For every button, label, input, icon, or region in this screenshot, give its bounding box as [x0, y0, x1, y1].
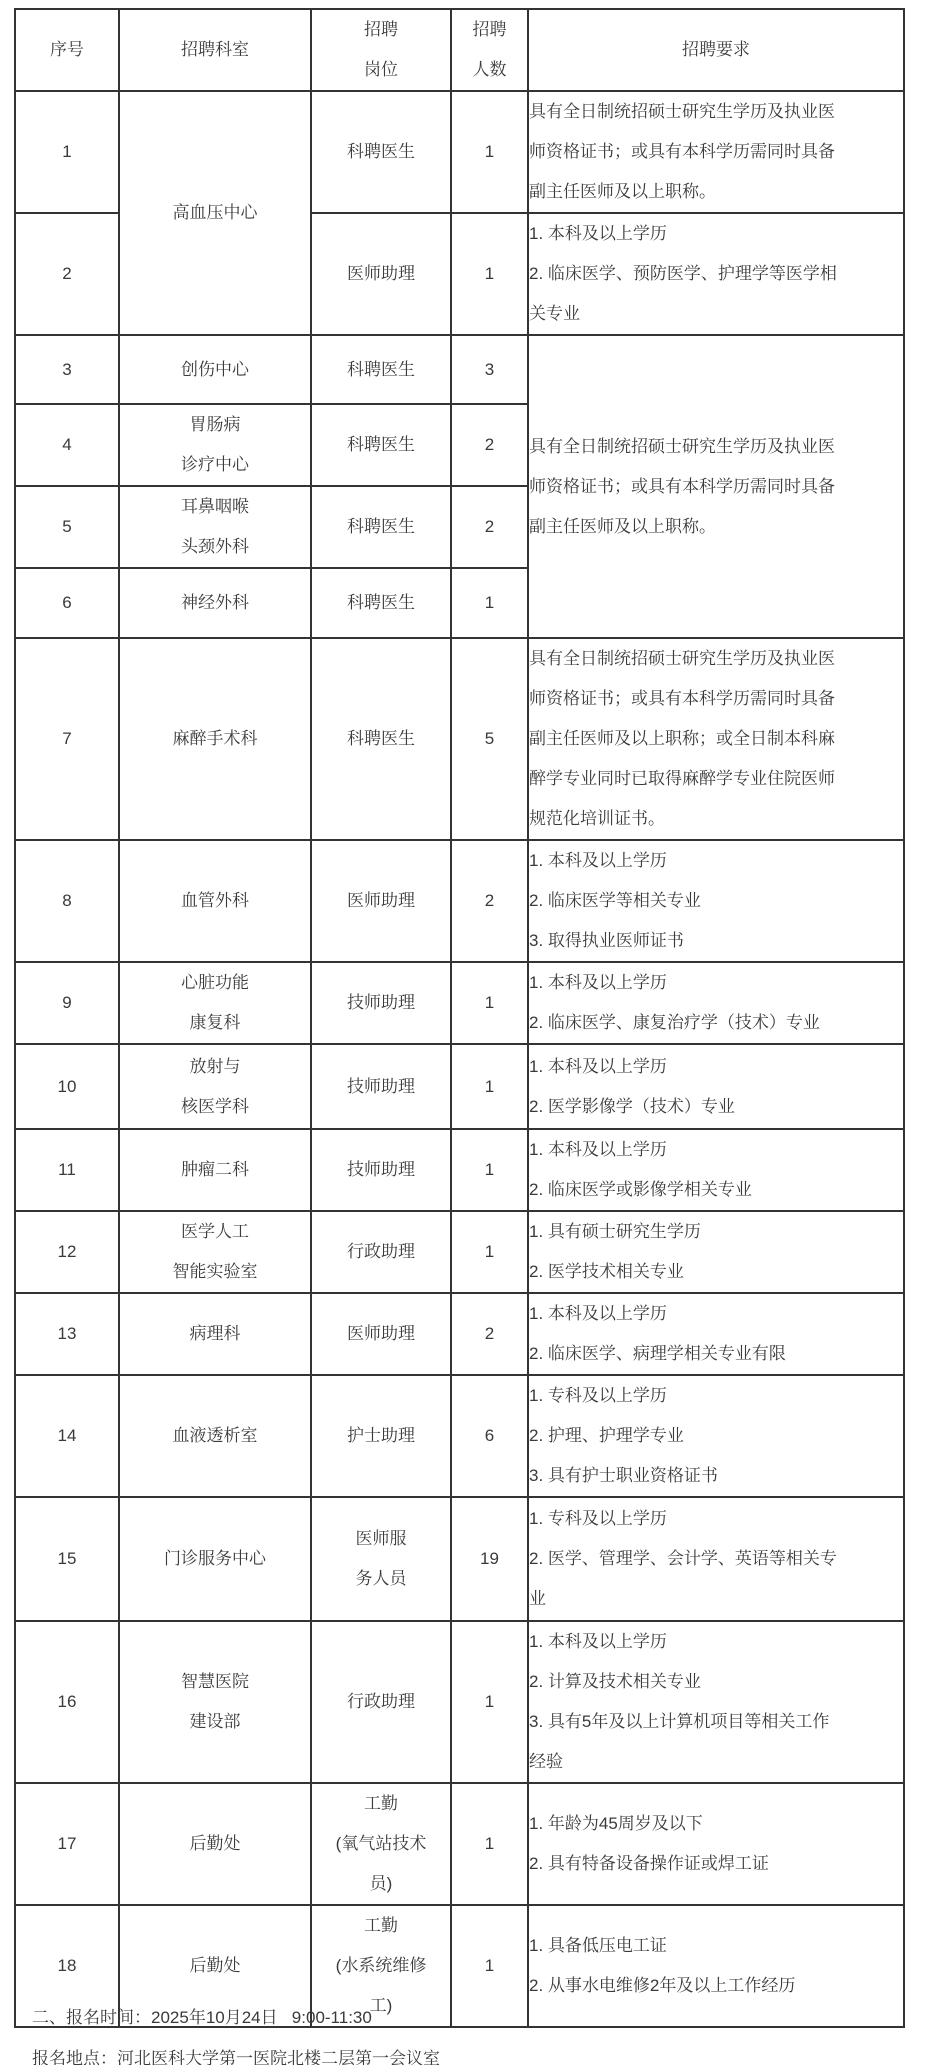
cell-req: 1. 本科及以上学历 2. 医学影像学（技术）专业 [528, 1044, 904, 1129]
cell-no: 10 [15, 1044, 119, 1129]
cell-count: 1 [451, 1129, 528, 1211]
cell-count: 1 [451, 1211, 528, 1293]
cell-no: 3 [15, 335, 119, 404]
cell-count: 1 [451, 1621, 528, 1783]
cell-dept: 智慧医院 建设部 [119, 1621, 311, 1783]
cell-post: 技师助理 [311, 1044, 451, 1129]
header-post: 招聘 岗位 [311, 9, 451, 91]
table-row: 8血管外科医师助理21. 本科及以上学历 2. 临床医学等相关专业 3. 取得执… [15, 840, 904, 962]
table-row: 12医学人工 智能实验室行政助理11. 具有硕士研究生学历 2. 医学技术相关专… [15, 1211, 904, 1293]
signup-location-line: 报名地点：河北医科大学第一医院北楼二层第一会议室 [32, 2049, 440, 2065]
cell-dept: 肿瘤二科 [119, 1129, 311, 1211]
cell-no: 14 [15, 1375, 119, 1497]
cell-count: 1 [451, 1044, 528, 1129]
table-row: 17后勤处工勤 (氧气站技术 员)11. 年龄为45周岁及以下 2. 具有特备设… [15, 1783, 904, 1905]
cell-post: 科聘医生 [311, 335, 451, 404]
cell-req: 1. 专科及以上学历 2. 医学、管理学、会计学、英语等相关专 业 [528, 1497, 904, 1621]
cell-req: 1. 本科及以上学历 2. 临床医学或影像学相关专业 [528, 1129, 904, 1211]
cell-post: 科聘医生 [311, 91, 451, 213]
cell-post: 医师助理 [311, 1293, 451, 1375]
cell-count: 2 [451, 840, 528, 962]
cell-count: 2 [451, 1293, 528, 1375]
cell-no: 12 [15, 1211, 119, 1293]
cell-req: 1. 本科及以上学历 2. 临床医学、康复治疗学（技术）专业 [528, 962, 904, 1044]
cell-count: 1 [451, 1905, 528, 2027]
cell-count: 1 [451, 91, 528, 213]
cell-count: 6 [451, 1375, 528, 1497]
cell-count: 1 [451, 213, 528, 335]
cell-post: 医师助理 [311, 840, 451, 962]
cell-dept: 放射与 核医学科 [119, 1044, 311, 1129]
cell-count: 5 [451, 638, 528, 840]
cell-post: 行政助理 [311, 1211, 451, 1293]
cell-dept: 耳鼻咽喉 头颈外科 [119, 486, 311, 568]
cell-dept: 高血压中心 [119, 91, 311, 335]
header-row: 序号 招聘科室 招聘 岗位 招聘 人数 招聘要求 [15, 9, 904, 91]
cell-req: 1. 具有硕士研究生学历 2. 医学技术相关专业 [528, 1211, 904, 1293]
cell-req: 1. 本科及以上学历 2. 临床医学等相关专业 3. 取得执业医师证书 [528, 840, 904, 962]
cell-no: 6 [15, 568, 119, 638]
header-no: 序号 [15, 9, 119, 91]
cell-no: 4 [15, 404, 119, 486]
cell-dept: 神经外科 [119, 568, 311, 638]
cell-no: 1 [15, 91, 119, 213]
header-req: 招聘要求 [528, 9, 904, 91]
cell-post: 技师助理 [311, 1129, 451, 1211]
cell-count: 1 [451, 962, 528, 1044]
cell-req: 具有全日制统招硕士研究生学历及执业医 师资格证书；或具有本科学历需同时具备 副主… [528, 91, 904, 213]
table-row: 16智慧医院 建设部行政助理11. 本科及以上学历 2. 计算及技术相关专业 3… [15, 1621, 904, 1783]
table-row: 14血液透析室护士助理61. 专科及以上学历 2. 护理、护理学专业 3. 具有… [15, 1375, 904, 1497]
cell-no: 5 [15, 486, 119, 568]
cell-dept: 心脏功能 康复科 [119, 962, 311, 1044]
header-dept: 招聘科室 [119, 9, 311, 91]
cell-req: 1. 本科及以上学历 2. 临床医学、预防医学、护理学等医学相 关专业 [528, 213, 904, 335]
cell-post: 医师助理 [311, 213, 451, 335]
cell-post: 护士助理 [311, 1375, 451, 1497]
recruitment-table: 序号 招聘科室 招聘 岗位 招聘 人数 招聘要求 1高血压中心科聘医生1具有全日… [14, 8, 905, 2028]
header-count: 招聘 人数 [451, 9, 528, 91]
cell-req: 具有全日制统招硕士研究生学历及执业医 师资格证书；或具有本科学历需同时具备 副主… [528, 335, 904, 638]
cell-post: 科聘医生 [311, 638, 451, 840]
cell-req: 1. 本科及以上学历 2. 临床医学、病理学相关专业有限 [528, 1293, 904, 1375]
cell-req: 1. 年龄为45周岁及以下 2. 具有特备设备操作证或焊工证 [528, 1783, 904, 1905]
cell-req: 具有全日制统招硕士研究生学历及执业医 师资格证书；或具有本科学历需同时具备 副主… [528, 638, 904, 840]
cell-post: 医师服 务人员 [311, 1497, 451, 1621]
cell-dept: 后勤处 [119, 1783, 311, 1905]
cell-post: 工勤 (氧气站技术 员) [311, 1783, 451, 1905]
table-row: 11肿瘤二科技师助理11. 本科及以上学历 2. 临床医学或影像学相关专业 [15, 1129, 904, 1211]
table-body: 1高血压中心科聘医生1具有全日制统招硕士研究生学历及执业医 师资格证书；或具有本… [15, 91, 904, 2027]
table-row: 7麻醉手术科科聘医生5具有全日制统招硕士研究生学历及执业医 师资格证书；或具有本… [15, 638, 904, 840]
cell-no: 16 [15, 1621, 119, 1783]
cell-count: 1 [451, 568, 528, 638]
cell-count: 1 [451, 1783, 528, 1905]
cell-no: 8 [15, 840, 119, 962]
cell-count: 3 [451, 335, 528, 404]
cell-no: 9 [15, 962, 119, 1044]
cell-req: 1. 具备低压电工证 2. 从事水电维修2年及以上工作经历 [528, 1905, 904, 2027]
cell-post: 科聘医生 [311, 404, 451, 486]
cell-post: 科聘医生 [311, 568, 451, 638]
cell-no: 2 [15, 213, 119, 335]
cell-dept: 麻醉手术科 [119, 638, 311, 840]
cell-count: 2 [451, 404, 528, 486]
cell-dept: 胃肠病 诊疗中心 [119, 404, 311, 486]
table-row: 1高血压中心科聘医生1具有全日制统招硕士研究生学历及执业医 师资格证书；或具有本… [15, 91, 904, 213]
cell-dept: 医学人工 智能实验室 [119, 1211, 311, 1293]
cell-post: 技师助理 [311, 962, 451, 1044]
cell-post: 行政助理 [311, 1621, 451, 1783]
cell-req: 1. 本科及以上学历 2. 计算及技术相关专业 3. 具有5年及以上计算机项目等… [528, 1621, 904, 1783]
cell-no: 13 [15, 1293, 119, 1375]
signup-time-line: 二、报名时间：2025年10月24日 9:00-11:30 [32, 2008, 372, 2028]
cell-dept: 血液透析室 [119, 1375, 311, 1497]
table-row: 10放射与 核医学科技师助理11. 本科及以上学历 2. 医学影像学（技术）专业 [15, 1044, 904, 1129]
cell-count: 2 [451, 486, 528, 568]
table-row: 13病理科医师助理21. 本科及以上学历 2. 临床医学、病理学相关专业有限 [15, 1293, 904, 1375]
cell-dept: 病理科 [119, 1293, 311, 1375]
cell-dept: 创伤中心 [119, 335, 311, 404]
table-row: 9心脏功能 康复科技师助理11. 本科及以上学历 2. 临床医学、康复治疗学（技… [15, 962, 904, 1044]
table-row: 3创伤中心科聘医生3具有全日制统招硕士研究生学历及执业医 师资格证书；或具有本科… [15, 335, 904, 404]
cell-no: 15 [15, 1497, 119, 1621]
table-row: 15门诊服务中心医师服 务人员191. 专科及以上学历 2. 医学、管理学、会计… [15, 1497, 904, 1621]
cell-dept: 血管外科 [119, 840, 311, 962]
cell-no: 17 [15, 1783, 119, 1905]
cell-post: 科聘医生 [311, 486, 451, 568]
cell-no: 7 [15, 638, 119, 840]
cell-dept: 门诊服务中心 [119, 1497, 311, 1621]
cell-no: 11 [15, 1129, 119, 1211]
cell-req: 1. 专科及以上学历 2. 护理、护理学专业 3. 具有护士职业资格证书 [528, 1375, 904, 1497]
cell-count: 19 [451, 1497, 528, 1621]
